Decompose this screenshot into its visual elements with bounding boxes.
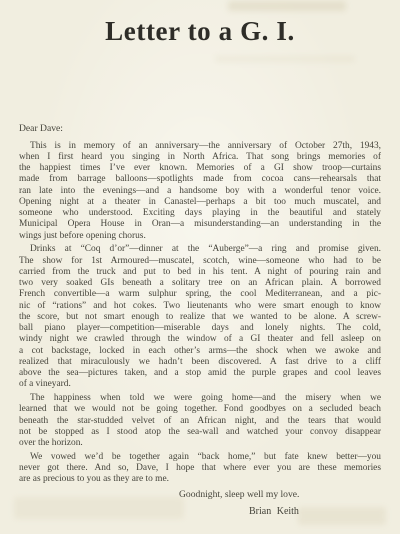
paragraph-line: This is in memory of an anniversary—the … [19, 141, 381, 152]
letter-body: This is in memory of an anniversary—the … [19, 141, 381, 486]
paragraph-line: nic of “rations” and hot cokes. Two lieu… [19, 301, 381, 312]
paragraph-line: Opening night at a theater in Canastel—p… [19, 197, 381, 208]
salutation: Dear Dave: [19, 123, 381, 134]
paragraph-line: are as precious to you as they are to me… [19, 474, 381, 485]
paragraph-line: above the sea—pictures taken, and a stop… [19, 368, 381, 379]
paragraph-line: a cot backstage, locked in each other’s … [19, 346, 381, 357]
paragraph-line: someone who understood. Exciting days pl… [19, 208, 381, 219]
bleed-through-mark [228, 1, 346, 11]
scanned-letter-page: Letter to a G. I. Dear Dave: This is in … [0, 0, 400, 534]
paragraph-line: The happiness when told we were going ho… [19, 393, 381, 404]
paragraph-line: Drinks at “Coq d’or”—dinner at the “Aube… [19, 244, 381, 255]
paragraph-line: learned that we would not be going toget… [19, 404, 381, 415]
letter-content: Dear Dave: This is in memory of an anniv… [19, 123, 381, 517]
paragraph-line: beneath the star-studded velvet of an Af… [19, 416, 381, 427]
paragraph-line: carried from the truck and put to bed in… [19, 267, 381, 278]
paragraph-line: The show for 1st Armoured—muscatel, scot… [19, 256, 381, 267]
paragraph: This is in memory of an anniversary—the … [19, 141, 381, 242]
paragraph-line: We vowed we’d be together again “back ho… [19, 452, 381, 463]
signature: Brian Keith [249, 506, 381, 517]
paragraph-line: Municipal Opera House in Oran—a misunder… [19, 219, 381, 230]
page-title: Letter to a G. I. [0, 16, 400, 47]
paragraph-line: two very soaked GIs beneath a solitary t… [19, 278, 381, 289]
paragraph: The happiness when told we were going ho… [19, 393, 381, 449]
paragraph-line: when I first heard you singing in North … [19, 152, 381, 163]
paragraph-line: windy night we crawled through the windo… [19, 334, 381, 345]
closing-line: Goodnight, sleep well my love. [179, 489, 381, 500]
bleed-through-mark [215, 56, 355, 62]
paragraph: Drinks at “Coq d’or”—dinner at the “Aube… [19, 244, 381, 390]
paragraph-line: made from barrage balloons—spotlights ma… [19, 174, 381, 185]
paragraph-line: realized that miraculously we hadn’t bee… [19, 357, 381, 368]
paragraph-line: the happiest times I’ve ever known. Memo… [19, 163, 381, 174]
paragraph-line: over the horizon. [19, 438, 381, 449]
paragraph-line: never got there. And so, Dave, I hope th… [19, 463, 381, 474]
paragraph-line: ran late into the evenings—and a handsom… [19, 186, 381, 197]
paragraph-line: not be stopped as I stood atop the sea-w… [19, 427, 381, 438]
paragraph-line: the score, but not smart enough to reali… [19, 312, 381, 323]
paragraph-line: of a vineyard. [19, 379, 381, 390]
paragraph-line: ball piano player—competition—miserable … [19, 323, 381, 334]
paragraph: We vowed we’d be together again “back ho… [19, 452, 381, 486]
paragraph-line: wings just before opening chorus. [19, 231, 381, 242]
paragraph-line: French convertible—a warm sulphur spring… [19, 289, 381, 300]
